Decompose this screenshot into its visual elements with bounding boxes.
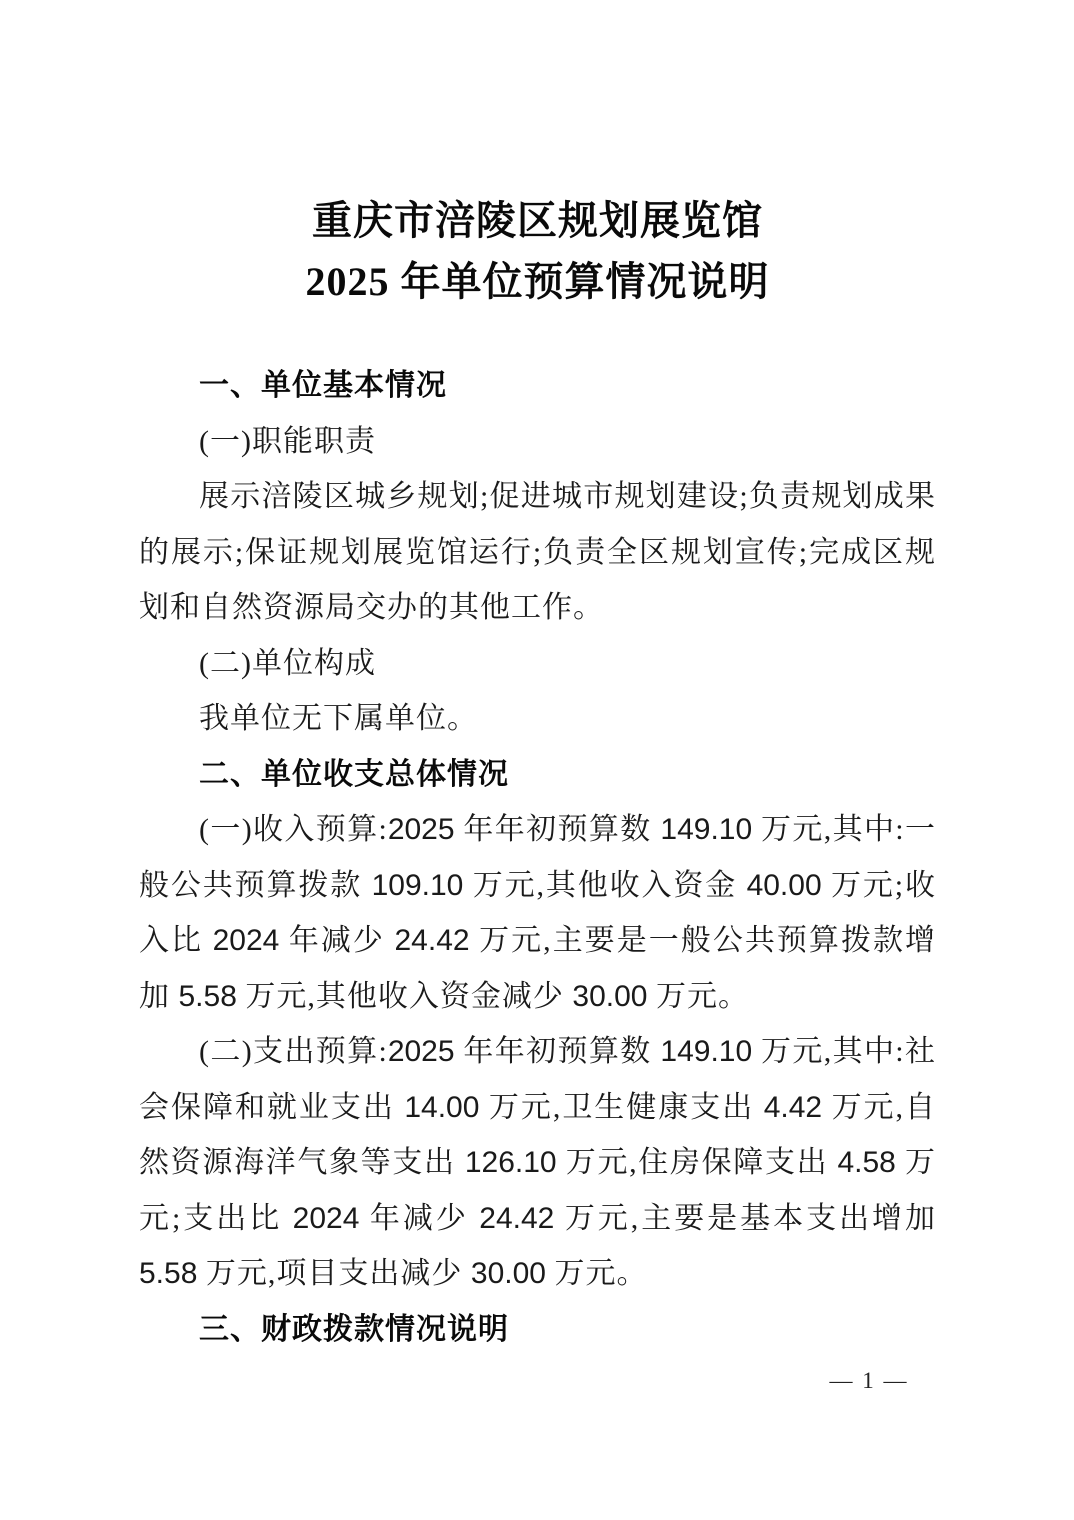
document-page: 重庆市涪陵区规划展览馆 2025 年单位预算情况说明 一、单位基本情况 (一)职… <box>139 0 936 1520</box>
paragraph-expense-budget: (二)支出预算:2025 年年初预算数 149.10 万元,其中:社会保障和就业… <box>139 1024 936 1302</box>
document-title-line2: 2025 年单位预算情况说明 <box>139 251 936 312</box>
section-heading-3: 三、财政拨款情况说明 <box>139 1302 936 1358</box>
paragraph-composition: 我单位无下属单位。 <box>139 691 936 747</box>
section-heading-1: 一、单位基本情况 <box>139 358 936 414</box>
subsection-heading-1-2: (二)单位构成 <box>139 636 936 692</box>
page-number: — 1 — <box>779 1368 959 1394</box>
paragraph-income-budget: (一)收入预算:2025 年年初预算数 149.10 万元,其中:一般公共预算拨… <box>139 802 936 1024</box>
section-heading-2: 二、单位收支总体情况 <box>139 747 936 803</box>
subsection-heading-1-1: (一)职能职责 <box>139 414 936 470</box>
paragraph-duties: 展示涪陵区城乡规划;促进城市规划建设;负责规划成果的展示;保证规划展览馆运行;负… <box>139 469 936 636</box>
document-body: 一、单位基本情况 (一)职能职责 展示涪陵区城乡规划;促进城市规划建设;负责规划… <box>139 358 936 1357</box>
document-title-line1: 重庆市涪陵区规划展览馆 <box>139 190 936 251</box>
document-title: 重庆市涪陵区规划展览馆 2025 年单位预算情况说明 <box>139 190 936 312</box>
